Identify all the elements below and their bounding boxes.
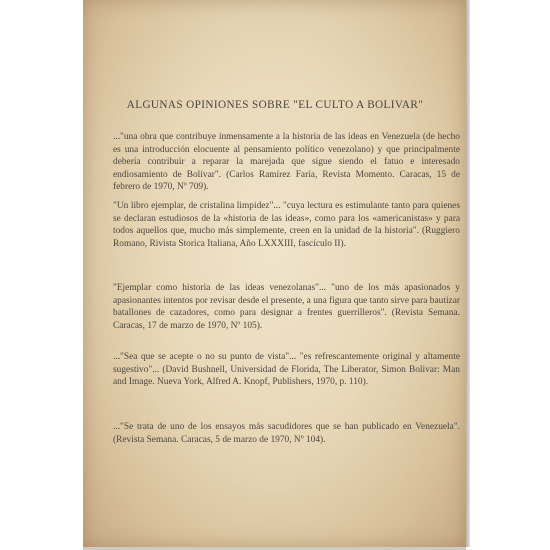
- quote-ramirez-faria: ..."una obra que contribuye inmensamente…: [113, 131, 460, 194]
- opinions-heading: ALGUNAS OPINIONES SOBRE "EL CULTO A BOLI…: [0, 99, 550, 111]
- quote-semana-105: "Ejemplar como historia de las ideas ven…: [113, 282, 460, 332]
- book-back-cover: [83, 0, 466, 547]
- quote-bushnell: ..."Sea que se acepte o no su punto de v…: [113, 351, 460, 389]
- quote-semana-104: ..."Se trata de uno de los ensayos más s…: [113, 421, 460, 446]
- quote-romano: "Un libro ejemplar, de cristalina limpid…: [113, 200, 460, 250]
